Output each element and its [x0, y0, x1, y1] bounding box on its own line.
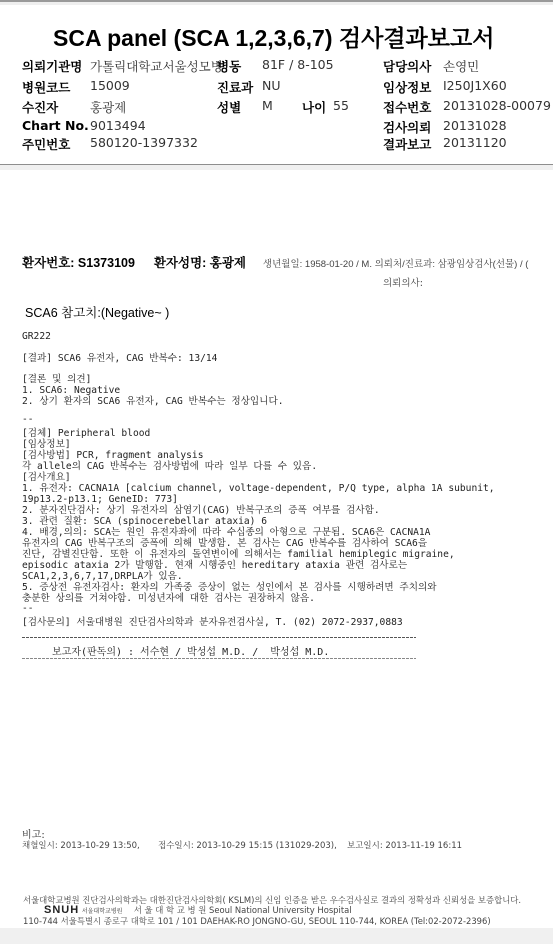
detail-line: --	[22, 603, 34, 614]
patient-details: 생년월일: 1958-01-20 / M. 의뢰처/진료과: 삼광임상검사(선물…	[263, 259, 529, 270]
request-label: 검사의뢰	[383, 118, 431, 136]
reporter-top-rule	[22, 637, 416, 638]
detail-line: 19p13.2-p13.1; GeneID: 773]	[22, 494, 178, 505]
conclusion-line-2: 2. 상기 환자의 SCA6 유전자, CAG 반복수는 정상입니다.	[22, 396, 284, 407]
patient-label: 수진자	[22, 98, 58, 116]
reporter-line: 보고자(판독의) : 서수현 / 박성섭 M.D. / 박성섭 M.D.	[52, 643, 329, 658]
ward-label: 병동	[217, 57, 241, 75]
age-label: 나이	[302, 98, 326, 116]
detail-line: 5. 증상전 유전자검사: 환자의 가족중 증상이 없는 성인에서 본 검사를 …	[22, 582, 437, 593]
institution-label: 의뢰기관명	[22, 57, 82, 75]
result-report-label: 결과보고	[383, 135, 431, 153]
sex-value: M	[262, 98, 273, 113]
detail-line: [검사개요]	[22, 472, 71, 483]
detail-line: [검사방법] PCR, fragment analysis	[22, 450, 203, 461]
detail-line: 2. 분자진단검사: 상기 유전자의 삼염기(CAG) 반복구조의 증폭 여부를…	[22, 505, 380, 516]
chart-value: 9013494	[90, 118, 146, 133]
report-time: 보고일시: 2013-11-19 16:11	[347, 839, 462, 851]
patient-value: 홍광제	[90, 98, 126, 116]
detail-line: 충분한 상의를 거쳐야함. 미성년자에 대한 검사는 권장하지 않음.	[22, 593, 315, 604]
collection-time: 채혈일시: 2013-10-29 13:50,	[22, 839, 140, 851]
detail-line: 3. 관련 질환: SCA (spinocerebellar ataxia) 6	[22, 516, 267, 527]
page-gap-band	[0, 165, 553, 170]
clinical-value: I250J1X60	[443, 78, 507, 93]
hospital-code-value: 15009	[90, 78, 130, 93]
conclusion-line-1: 1. SCA6: Negative	[22, 385, 120, 396]
detail-line: 진단, 감별진단함. 또한 이 유전자의 돌연변이에 의해서는 familial…	[22, 549, 455, 560]
doctor-value: 손영민	[443, 57, 479, 75]
detail-line: [임상정보]	[22, 439, 71, 450]
top-band	[0, 2, 553, 5]
detail-line: 각 allele의 CAG 반복수는 검사방법에 따라 일부 다를 수 있음.	[22, 461, 317, 472]
inquiry-line: [검사문의] 서울대병원 진단검사의학과 분자유전검사실, T. (02) 20…	[22, 617, 403, 628]
institution-value: 가톨릭대학교서울성모병	[90, 57, 223, 75]
receipt-time: 접수일시: 2013-10-29 15:15 (131029-203),	[158, 839, 337, 851]
logo-korean: 서울대학교병원	[82, 908, 123, 915]
result-line: [결과] SCA6 유전자, CAG 반복수: 13/14	[22, 353, 217, 364]
reporter-bottom-rule	[22, 658, 416, 659]
receipt-label: 접수번호	[383, 98, 431, 116]
sex-label: 성별	[217, 98, 241, 116]
detail-line: 1. 유전자: CACNA1A [calcium channel, voltag…	[22, 483, 495, 494]
conclusion-heading: [결론 및 의견]	[22, 374, 91, 385]
rrn-value: 580120-1397332	[90, 135, 198, 150]
rrn-label: 주민번호	[22, 135, 70, 153]
reference-title: SCA6 참고치:(Negative~ )	[25, 303, 169, 321]
bottom-band	[0, 928, 553, 944]
age-value: 55	[333, 98, 349, 113]
detail-line: SCA1,2,3,6,7,17,DRPLA가 있음.	[22, 571, 183, 582]
patient-header: 환자번호: S1373109 환자성명: 홍광제 생년월일: 1958-01-2…	[22, 253, 528, 272]
request-value: 20131028	[443, 118, 507, 133]
separator: --	[22, 414, 34, 425]
clinical-label: 임상정보	[383, 78, 431, 96]
patient-name: 환자성명: 홍광제	[154, 256, 246, 270]
detail-line: [검체] Peripheral blood	[22, 428, 150, 439]
result-report-value: 20131120	[443, 135, 507, 150]
doctor-label: 담당의사	[383, 57, 431, 75]
requesting-doctor: 의뢰의사:	[383, 275, 423, 289]
detail-line: 4. 배경,의의: SCA는 원인 유전자좌에 따라 수십종의 아형으로 구분됨…	[22, 527, 430, 538]
detail-line: 유전자의 CAG 반복구조의 증폭에 의해 발생함. 본 검사는 CAG 반복수…	[22, 538, 427, 549]
report-title: SCA panel (SCA 1,2,3,6,7) 검사결과보고서	[53, 20, 494, 53]
dept-value: NU	[262, 78, 281, 93]
receipt-value: 20131028-00079	[443, 98, 551, 113]
detail-line: episodic ataxia 2가 발행함. 현재 시행중인 heredita…	[22, 560, 407, 571]
hospital-address: 110-744 서울특별시 종로구 대학로 101 / 101 DAEHAK-R…	[23, 915, 491, 927]
test-code: GR222	[22, 331, 51, 342]
chart-label: Chart No.	[22, 118, 89, 133]
dept-label: 진료과	[217, 78, 253, 96]
ward-value: 81F / 8-105	[262, 57, 334, 72]
hospital-name: 서 울 대 학 교 병 원 Seoul National University …	[134, 905, 352, 915]
patient-number: 환자번호: S1373109	[22, 256, 135, 270]
hospital-code-label: 병원코드	[22, 78, 70, 96]
